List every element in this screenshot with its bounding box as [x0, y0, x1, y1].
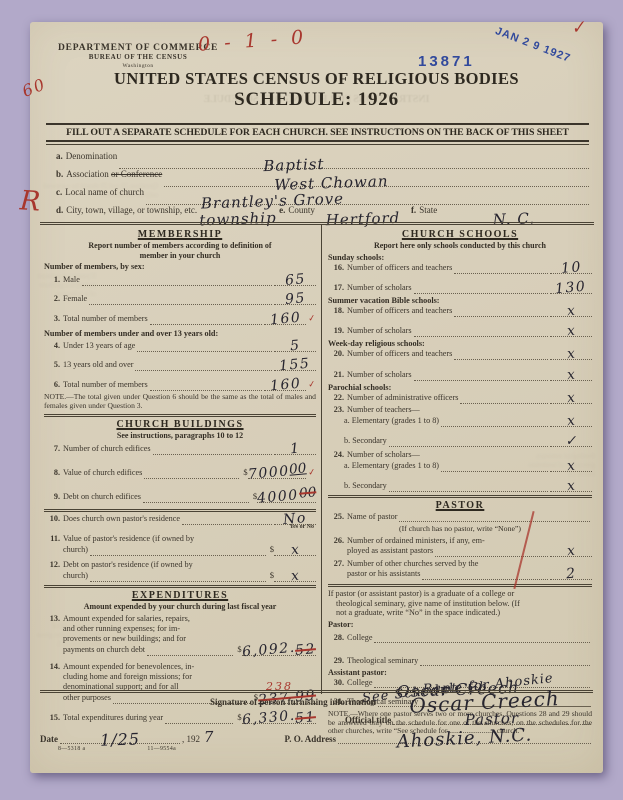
dotted-leader: See Schedule for Ahoskie — [374, 639, 590, 643]
q20-row: 20. Number of officers and teachers x — [328, 349, 592, 360]
question-number: 29. — [328, 656, 344, 666]
question-label: Amount expended for benevolences, in- — [63, 662, 194, 672]
question-number: 17. — [328, 283, 344, 293]
dotted-leader — [153, 451, 272, 455]
q12-line2: church) $ x — [44, 570, 316, 582]
dotted-leader — [389, 443, 548, 447]
right-column: CHURCH SCHOOLS Report here only schools … — [321, 225, 594, 694]
red-tick: ✓ — [308, 379, 317, 390]
buildings-subtitle: See instructions, paragraphs 10 to 12 — [44, 431, 316, 441]
instruction-line: theological seminary, give name of insti… — [328, 599, 592, 609]
answer-cell: x — [550, 370, 592, 381]
q18-row: 18. Number of officers and teachers x — [328, 306, 592, 317]
q22-row: 22. Number of administrative officers x — [328, 393, 592, 404]
question-number: 11. — [44, 534, 60, 544]
sub-question-label: b. Secondary — [344, 481, 387, 491]
field-letter: c. — [56, 187, 62, 197]
dotted-leader: Oscar Creech — [378, 703, 591, 707]
answer-cell: x — [550, 326, 592, 337]
q7-row: 7. Number of church edifices 1 — [44, 444, 316, 455]
signature-row: Signature of person furnishing informati… — [40, 697, 593, 707]
q11-line1: 11. Value of pastor's residence (if owne… — [44, 534, 316, 544]
answer-cell: No Yes or No — [274, 514, 316, 525]
answer-cell: 5 — [274, 341, 316, 352]
handwritten-x: x — [567, 307, 575, 315]
summer-schools-header: Summer vacation Bible schools: — [328, 296, 592, 305]
members-by-sex-header: Number of members, by sex: — [44, 262, 316, 271]
question-label: Total number of members — [63, 380, 148, 390]
dotted-leader — [82, 282, 272, 286]
question-number: 16. — [328, 263, 344, 273]
q9-row: 9. Debt on church edifices $ 400000 — [44, 488, 316, 503]
handwritten-other-churches: 2 — [566, 571, 577, 579]
answer-cell: 130 — [550, 283, 592, 294]
red-tick: ✓ — [308, 466, 317, 477]
answer-cell: 160 — [264, 380, 306, 391]
q21-row: 21. Number of scholars x — [328, 370, 592, 381]
dotted-line: Brantley's Grove — [146, 201, 589, 205]
handwritten-x: x — [291, 572, 299, 580]
dotted-leader — [414, 290, 548, 294]
identification-fields: a. Denomination Baptist b. Association o… — [56, 151, 591, 223]
date-address-row: Date 1/25 , 192 7 P. O. Address Ahoskie,… — [40, 733, 593, 744]
question-label: Debt on church edifices — [63, 492, 141, 502]
question-label: Number of scholars — [347, 326, 412, 336]
instruction-line: If pastor (or assistant pastor) is a gra… — [328, 589, 592, 599]
graduate-instructions: If pastor (or assistant pastor) is a gra… — [328, 589, 592, 618]
official-title-row: Official title Pastor — [40, 715, 593, 725]
question-label: Number of administrative officers — [347, 393, 458, 403]
q25-note: (If church has no pastor, write “None”) — [328, 524, 592, 534]
dotted-leader — [441, 468, 548, 472]
answer-cell: 2 — [550, 569, 592, 580]
answer-cell: 160 — [264, 314, 306, 325]
handwritten-x: x — [567, 417, 575, 425]
answer-cell: x — [550, 461, 592, 472]
question-number: 10. — [44, 514, 60, 524]
answer-cell: x — [550, 349, 592, 360]
q25-row: 25. Name of pastor Oscar Creech — [328, 512, 592, 522]
question-number: 6. — [44, 380, 60, 390]
dotted-leader — [147, 652, 233, 656]
q24b-row: b. Secondary x — [328, 481, 592, 492]
answer-cell: 700000 — [248, 464, 307, 479]
question-label: Debt on pastor's residence (if owned by — [63, 560, 193, 570]
answer-cell: 1 — [274, 444, 316, 455]
question-label: College — [347, 633, 372, 643]
q27-value-line: pastor or his assistants 2 — [328, 569, 592, 580]
q19-row: 19. Number of scholars x — [328, 326, 592, 337]
handwritten-edifice-count: 1 — [290, 446, 301, 454]
question-label: provements or new buildings; and for — [63, 634, 186, 644]
question-label: Number of scholars — [347, 370, 412, 380]
handwritten-x: x — [567, 548, 575, 556]
agency-letterhead: DEPARTMENT OF COMMERCE BUREAU OF THE CEN… — [58, 44, 218, 71]
dotted-leader — [441, 423, 548, 427]
q4-under13-row: 4. Under 13 years of age 5 — [44, 341, 316, 352]
dotted-leader — [143, 499, 249, 503]
banner-underline — [46, 144, 589, 145]
question-label: Does church own pastor's residence — [63, 514, 180, 524]
po-address-label: P. O. Address — [285, 734, 337, 744]
answer-cell: 400000 — [257, 488, 316, 503]
question-label: Number of officers and teachers — [347, 263, 452, 273]
q6-total-row: 6. Total number of members 160 ✓ — [44, 379, 316, 391]
print-code: 11—9554a — [147, 746, 176, 752]
q1-male-row: 1. Male 65 — [44, 275, 316, 286]
question-label: 13 years old and over — [63, 360, 133, 370]
q3-total-row: 3. Total number of members 160 ✓ — [44, 313, 316, 325]
signature-block: Signature of person furnishing informati… — [40, 690, 593, 769]
q13-block: 13.Amount expended for salaries, repairs… — [44, 614, 316, 656]
date-label: Date — [40, 734, 58, 744]
question-label: Number of officers and teachers — [347, 349, 452, 359]
q27-block: 27.Number of other churches served by th… — [328, 559, 592, 580]
scanned-paper-form: INSTRUCTIONS FOR FILLING OUT SCHEDULE Qu… — [30, 22, 603, 773]
handwritten-under13-count: 5 — [290, 343, 301, 351]
sub-question-label: a. Elementary (grades 1 to 8) — [344, 416, 439, 426]
question-number: 18. — [328, 306, 344, 316]
question-number: 5. — [44, 360, 60, 370]
department-name: DEPARTMENT OF COMMERCE — [58, 44, 218, 53]
handwritten-edifice-value: 7000 — [248, 468, 290, 479]
dotted-leader — [150, 387, 263, 391]
q11-block: 11. Value of pastor's residence (if owne… — [44, 534, 316, 556]
dotted-leader — [414, 333, 548, 337]
handwritten-total-members-2: 160 — [270, 381, 302, 391]
answer-cell: x — [550, 306, 592, 317]
yes-or-no-hint: Yes or No — [289, 522, 314, 532]
answer-cell: x — [550, 416, 592, 427]
note-line: NOTE.—The total given under Question 6 s… — [44, 392, 220, 401]
question-number: 3. — [44, 314, 60, 324]
question-label: church) — [63, 571, 88, 581]
dotted-leader: Bapt. Ch. — [420, 662, 590, 666]
church-schools-heading: CHURCH SCHOOLS — [328, 229, 592, 240]
dotted-leader: 1/25 — [60, 740, 180, 744]
q28-row: 28. College See Schedule for Ahoskie — [328, 633, 592, 643]
handwritten-year-digit: 7 — [204, 733, 215, 742]
handwritten-x: x — [567, 371, 575, 379]
dotted-leader — [435, 553, 548, 557]
handwritten-x: x — [567, 394, 575, 402]
section-divider — [44, 509, 316, 512]
field-letter: a. — [56, 151, 63, 161]
signature-label: Signature of person furnishing informati… — [210, 697, 376, 707]
handwritten-debt-value: 4000 — [257, 492, 299, 503]
field-label: State — [419, 205, 437, 215]
question-label: Number of church edifices — [63, 444, 151, 454]
q26-value-line: ployed as assistant pastors x — [328, 546, 592, 557]
q24a-row: a. Elementary (grades 1 to 8) x — [328, 461, 592, 472]
handwritten-cents-struck: 52 — [295, 646, 316, 655]
handwritten-x: x — [567, 350, 575, 358]
red-tick: ✓ — [308, 313, 317, 324]
field-label: Denomination — [66, 151, 118, 161]
answer-cell: 6,092.52 — [242, 645, 316, 656]
q11-line2: church) $ x — [44, 544, 316, 556]
question-number: 30. — [328, 678, 344, 688]
question-label: Name of pastor — [347, 512, 397, 522]
question-number: 25. — [328, 512, 344, 522]
dotted-leader — [422, 576, 548, 580]
question-label: payments on church debt — [63, 645, 145, 655]
dotted-leader — [89, 301, 272, 305]
dotted-leader — [454, 356, 548, 360]
handwritten-cents: 00 — [289, 465, 307, 473]
q10-row: 10. Does church own pastor's residence N… — [44, 514, 316, 525]
expenditures-heading: EXPENDITURES — [44, 590, 316, 601]
membership-subtitle: Report number of members according to de… — [44, 241, 316, 251]
sub-question-label: b. Secondary — [344, 436, 387, 446]
section-divider — [328, 495, 592, 498]
field-denomination: a. Denomination Baptist — [56, 151, 591, 169]
field-letter: f. — [411, 205, 416, 215]
section-divider — [44, 585, 316, 588]
question-number: 4. — [44, 341, 60, 351]
handwritten-date: 1/25 — [60, 733, 180, 746]
answer-cell: 95 — [274, 294, 316, 305]
question-label: Total number of members — [63, 314, 148, 324]
question-label: Number of teachers— — [347, 405, 420, 415]
bureau-name: BUREAU OF THE CENSUS — [58, 53, 218, 62]
handwritten-x: x — [567, 462, 575, 470]
print-code: 8—5318 a — [58, 746, 86, 752]
pastor-sublabel: Pastor: — [328, 620, 592, 629]
handwritten-x: x — [291, 546, 299, 554]
section-divider — [328, 584, 592, 587]
q29-row: 29. Theological seminary Bapt. Ch. — [328, 656, 592, 666]
question-label: Number of other churches served by the — [347, 559, 478, 569]
question-label: pastor or his assistants — [347, 569, 420, 579]
instructions-banner: FILL OUT A SEPARATE SCHEDULE FOR EACH CH… — [46, 123, 589, 142]
answer-cell: x — [550, 481, 592, 492]
question-number: 23. — [328, 405, 344, 415]
sub-question-label: a. Elementary (grades 1 to 8) — [344, 461, 439, 471]
question-number: 7. — [44, 444, 60, 454]
dotted-leader — [144, 475, 239, 479]
answer-cell: x — [274, 545, 316, 556]
answer-cell: x — [550, 546, 592, 557]
membership-subtitle: member in your church — [44, 251, 316, 261]
question-label: Under 13 years of age — [63, 341, 135, 351]
question-number: 22. — [328, 393, 344, 403]
handwritten-x: x — [567, 327, 575, 335]
question-number: 1. — [44, 275, 60, 285]
question-number: 8. — [44, 468, 60, 478]
dotted-leader — [414, 377, 548, 381]
q8-row: 8. Value of church edifices $ 700000 ✓ — [44, 464, 316, 479]
q12-line1: 12. Debt on pastor's residence (if owned… — [44, 560, 316, 570]
q5-over13-row: 5. 13 years old and over 155 — [44, 360, 316, 371]
question-label: Number of scholars— — [347, 450, 420, 460]
q16-row: 16. Number of officers and teachers 10 — [328, 263, 592, 274]
dotted-leader: Pastor — [393, 721, 591, 725]
question-label: cluding home and foreign missions; for — [63, 672, 192, 682]
instruction-line: not a graduate, write “No” in the space … — [328, 608, 592, 618]
question-number: 20. — [328, 349, 344, 359]
pastor-heading: PASTOR — [328, 500, 592, 511]
church-buildings-heading: CHURCH BUILDINGS — [44, 419, 316, 430]
question-label: ployed as assistant pastors — [347, 546, 433, 556]
handwritten-expense-amount: 6,092. — [242, 645, 296, 657]
answer-cell: 155 — [274, 360, 316, 371]
handwritten-officers-count: 10 — [560, 264, 581, 273]
dotted-leader — [460, 400, 548, 404]
form-body-columns: MEMBERSHIP Report number of members acco… — [40, 222, 594, 694]
dotted-leader — [389, 488, 548, 492]
handwritten-scholars-count: 130 — [555, 283, 587, 293]
question-label: Value of church edifices — [63, 468, 142, 478]
handwritten-female-count: 95 — [284, 295, 305, 304]
official-title-label: Official title — [345, 715, 391, 725]
question-label: Theological seminary — [347, 656, 418, 666]
dotted-leader — [90, 578, 266, 582]
q17-row: 17. Number of scholars 130 — [328, 283, 592, 294]
question-number: 21. — [328, 370, 344, 380]
scanned-census-form-page: { "stamps": { "red_code": "0 - 1 - 0", "… — [0, 0, 623, 800]
received-date-stamp: JAN 2 9 1927 — [494, 25, 573, 65]
dotted-leader — [454, 270, 548, 274]
question-label: church) — [63, 545, 88, 555]
question-label: Value of pastor's residence (if owned by — [63, 534, 194, 544]
question-label: and other running expenses; for im- — [63, 624, 180, 634]
handwritten-male-count: 65 — [284, 276, 305, 285]
question-number: 14. — [44, 662, 60, 672]
schools-subtitle: Report here only schools conducted by th… — [328, 241, 592, 251]
printed-year-prefix: , 192 — [182, 734, 200, 744]
members-by-age-header: Number of members under and over 13 year… — [44, 329, 316, 338]
question-label: Number of ordained ministers, if any, em… — [347, 536, 485, 546]
answer-cell: 10 — [550, 263, 592, 274]
dotted-leader — [90, 552, 266, 556]
parochial-schools-header: Parochial schools: — [328, 383, 592, 392]
question-number: 19. — [328, 326, 344, 336]
dotted-leader — [137, 348, 272, 352]
membership-heading: MEMBERSHIP — [44, 229, 316, 240]
q23-row: 23. Number of teachers— — [328, 405, 592, 415]
question-label: Number of officers and teachers — [347, 306, 452, 316]
dotted-leader — [182, 521, 272, 525]
question-number: 26. — [328, 536, 344, 546]
sunday-schools-header: Sunday schools: — [328, 253, 592, 262]
question-number: 2. — [44, 294, 60, 304]
question-number: 12. — [44, 560, 60, 570]
handwritten-cents: 00 — [299, 489, 317, 497]
q24-row: 24. Number of scholars— — [328, 450, 592, 460]
handwritten-x: x — [567, 482, 575, 490]
form-title: UNITED STATES CENSUS OF RELIGIOUS BODIES — [30, 69, 603, 89]
question-number: 24. — [328, 450, 344, 460]
expenditures-subtitle: Amount expended by your church during la… — [44, 602, 316, 612]
serial-number-stamp: 13871 — [418, 53, 475, 70]
handwritten-red-code: 0 - 1 - 0 — [197, 26, 308, 56]
handwritten-total-members: 160 — [270, 315, 302, 325]
dotted-leader — [150, 321, 263, 325]
dotted-line: Baptist — [119, 165, 589, 169]
question-number: 27. — [328, 559, 344, 569]
question-number: 9. — [44, 492, 60, 502]
question-label: Amount expended for salaries, repairs, — [63, 614, 190, 624]
question-number: 28. — [328, 633, 344, 643]
q12-block: 12. Debt on pastor's residence (if owned… — [44, 560, 316, 582]
section-divider — [44, 414, 316, 417]
answer-cell: x — [550, 393, 592, 404]
weekday-schools-header: Week-day religious schools: — [328, 339, 592, 348]
answer-cell: ✓ — [550, 436, 592, 447]
question-number: 13. — [44, 614, 60, 624]
dotted-leader: Oscar Creech — [399, 518, 590, 522]
q13-value-line: payments on church debt $ 6,092.52 — [44, 644, 316, 656]
handwritten-over13-count: 155 — [279, 361, 311, 371]
answer-cell: x — [274, 571, 316, 582]
answer-cell: 65 — [274, 275, 316, 286]
left-column: MEMBERSHIP Report number of members acco… — [40, 225, 321, 694]
question-label: Number of scholars — [347, 283, 412, 293]
q2-female-row: 2. Female 95 — [44, 294, 316, 305]
dotted-leader — [454, 313, 548, 317]
dotted-leader — [135, 367, 272, 371]
question-label: Female — [63, 294, 87, 304]
question-label: Male — [63, 275, 80, 285]
handwritten-check: ✓ — [565, 437, 577, 445]
red-checkmark: ✓ — [569, 17, 587, 39]
q26-block: 26.Number of ordained ministers, if any,… — [328, 536, 592, 557]
dotted-leader: Ahoskie, N.C. — [338, 740, 591, 744]
q23a-row: a. Elementary (grades 1 to 8) x — [328, 416, 592, 427]
membership-note: NOTE.—The total given under Question 6 s… — [44, 393, 316, 411]
q23b-row: b. Secondary ✓ — [328, 436, 592, 447]
form-schedule-year: SCHEDULE: 1926 — [30, 89, 603, 111]
